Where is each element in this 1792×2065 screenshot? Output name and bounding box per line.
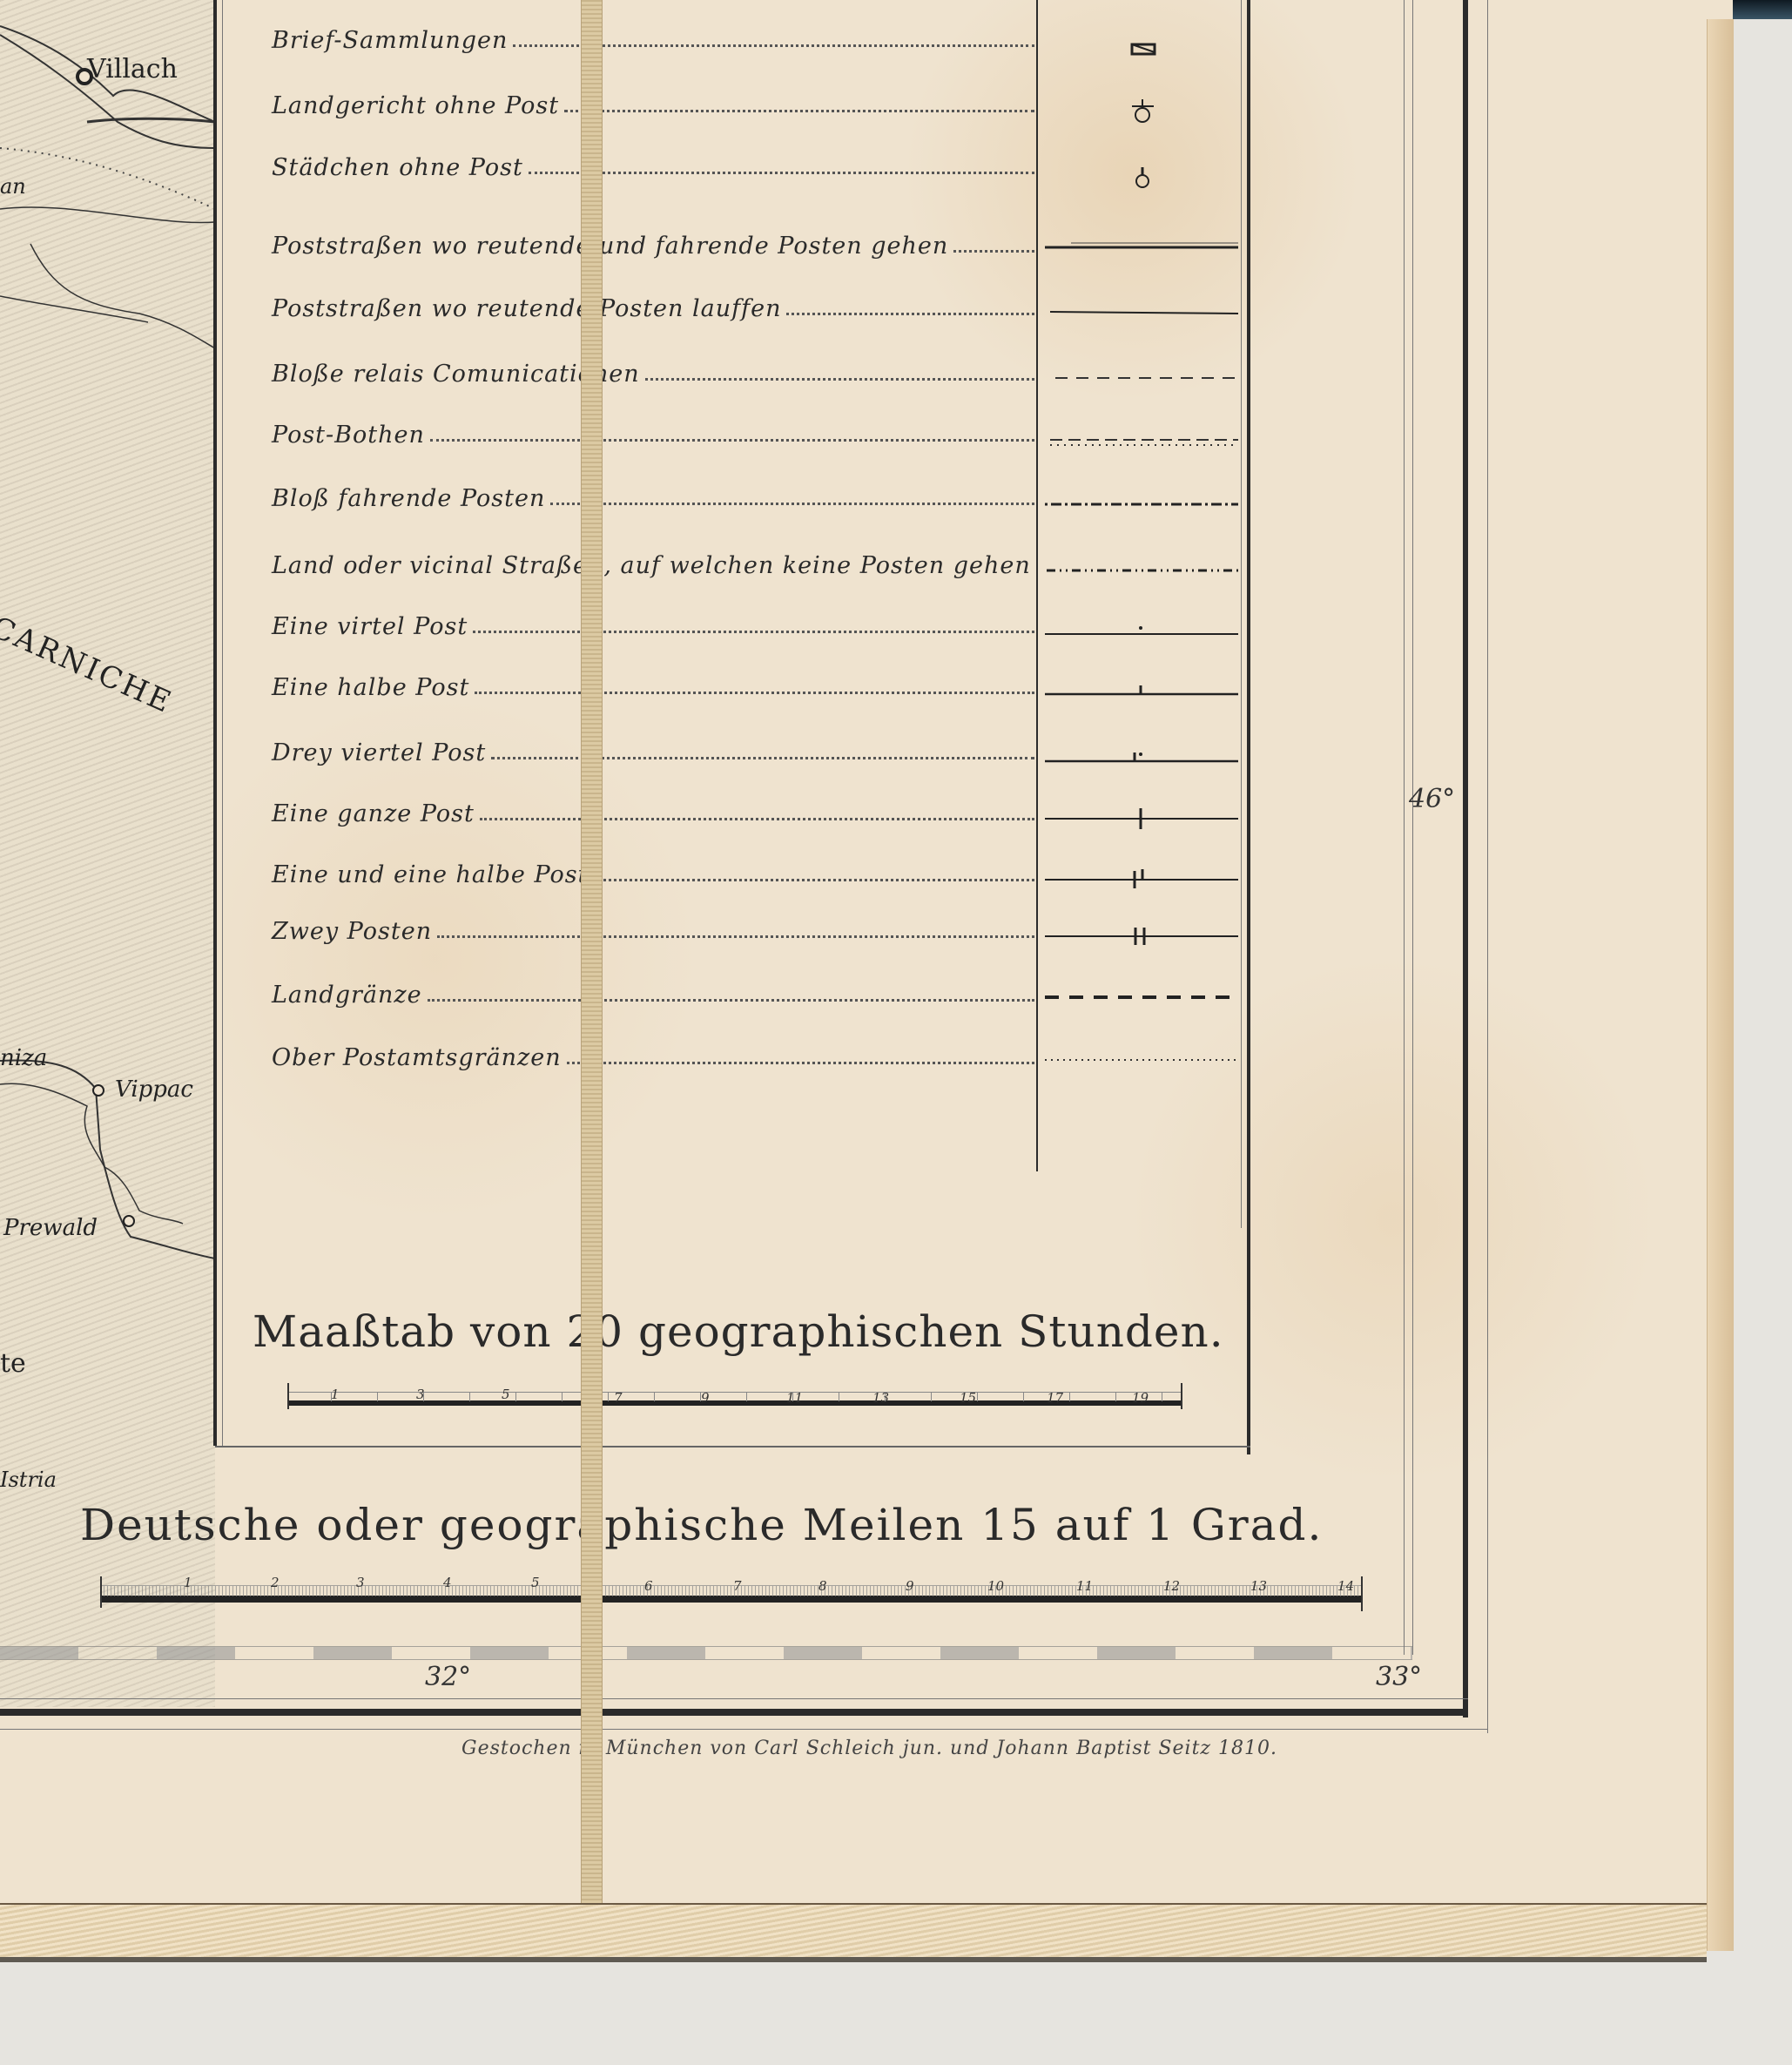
legend-row: Landgericht ohne Post: [272, 84, 1038, 119]
leader-dots: [428, 999, 1034, 1002]
map-border-thin: [222, 0, 223, 1446]
outer-frame-bottom: [0, 1729, 1487, 1730]
miles-tick: 1: [184, 1575, 192, 1590]
legend-label: Poststraßen wo reutende Posten lauffen: [272, 295, 781, 322]
legend-right-thin: [1241, 0, 1242, 1228]
place-niza: niza: [0, 1045, 47, 1071]
legend-row: Eine halbe Post: [272, 666, 1038, 701]
leader-dots: [430, 439, 1034, 442]
leader-dots: [953, 250, 1034, 253]
leader-dots: [567, 1062, 1034, 1064]
legend-label: Ober Postamtsgränzen: [272, 1044, 562, 1071]
place-te: te: [0, 1348, 26, 1379]
miles-tick: 6: [644, 1578, 653, 1594]
place-an: an: [0, 174, 26, 199]
terrain-hachures: [0, 0, 215, 1707]
degree-scale-line-2: [1412, 0, 1413, 1655]
miles-tick: 3: [356, 1575, 365, 1590]
hours-tick: 9: [701, 1390, 710, 1406]
dashed-line-icon: [1045, 359, 1238, 394]
one-and-half-post-icon: [1045, 860, 1238, 895]
legend-label: Drey viertel Post: [272, 739, 486, 766]
dash-dot-dot-line-icon: [1045, 553, 1238, 588]
degree-scale-line: [1404, 0, 1405, 1655]
hours-tick: 17: [1047, 1390, 1063, 1406]
legend-right-border: [1247, 0, 1250, 1454]
neatline-bottom: [0, 1709, 1468, 1716]
hours-tick: 13: [872, 1390, 889, 1406]
hours-tick: 5: [502, 1387, 510, 1402]
legend-row: Bloß fahrende Posten: [272, 477, 1038, 512]
hours-tick: 7: [614, 1390, 623, 1406]
longitude-label-33: 33°: [1376, 1662, 1422, 1692]
place-prewald: Prewald: [3, 1215, 98, 1241]
postal-district-border-icon: [1045, 1041, 1238, 1076]
sheet-folded-edge: [1707, 19, 1734, 1951]
letter-box-icon: [1045, 31, 1238, 66]
leader-dots: [480, 818, 1034, 820]
quarter-post-icon: [1045, 615, 1238, 650]
dash-dot-line-icon: [1045, 485, 1238, 520]
town-circle-icon: [1045, 159, 1238, 193]
legend-label: Eine halbe Post: [272, 674, 469, 701]
single-line-icon: [1045, 294, 1238, 329]
leader-dots: [550, 503, 1034, 505]
miles-tick: 9: [906, 1578, 914, 1594]
degree-scale-bottom: [0, 1646, 1412, 1660]
legend-label: Eine virtel Post: [272, 613, 468, 640]
leader-dots: [594, 879, 1034, 881]
miles-tick: 8: [819, 1578, 827, 1594]
court-circle-icon: [1045, 96, 1238, 131]
legend-row: Brief-Sammlungen: [272, 19, 1038, 54]
leader-dots: [529, 172, 1034, 174]
place-villach: Villach: [87, 54, 178, 84]
leader-dots: [475, 692, 1034, 694]
leader-dots: [473, 631, 1034, 633]
place-istria: Istria: [0, 1468, 57, 1492]
hours-tick: 11: [786, 1390, 803, 1406]
neatline-right: [1463, 0, 1468, 1717]
outer-frame-right: [1487, 0, 1488, 1733]
full-post-icon: [1045, 800, 1238, 834]
latitude-label-46: 46°: [1409, 784, 1455, 814]
miles-tick: 2: [271, 1575, 280, 1590]
two-posts-icon: [1045, 917, 1238, 952]
legend-row: Eine und eine halbe Post: [272, 854, 1038, 888]
legend-row: Bloße relais Comunicationen: [272, 353, 1038, 388]
hours-tick: 15: [960, 1390, 976, 1406]
legend-label: Brief-Sammlungen: [272, 27, 508, 54]
legend-box-bottom: [215, 1446, 1250, 1448]
hours-tick: 3: [416, 1387, 425, 1402]
miles-tick: 10: [987, 1578, 1004, 1594]
leader-dots: [786, 313, 1034, 315]
cloth-fold-seam: [581, 0, 603, 1955]
miles-tick: 14: [1337, 1578, 1354, 1594]
hours-scale-title: Maaßtab von 20 geographischen Stunden.: [253, 1306, 1224, 1357]
legend-row: Eine virtel Post: [272, 605, 1038, 640]
legend-row: Ober Postamtsgränzen: [272, 1036, 1038, 1071]
leader-dots: [491, 757, 1034, 759]
double-line-icon: [1045, 228, 1238, 263]
cloth-binding-edge: [0, 1903, 1707, 1962]
longitude-label-32: 32°: [425, 1662, 471, 1692]
legend-label: Bloß fahrende Posten: [272, 485, 545, 512]
legend-row: Zwey Posten: [272, 910, 1038, 945]
legend-row: Post-Bothen: [272, 414, 1038, 449]
legend-label: Eine ganze Post: [272, 800, 475, 827]
leader-dots: [564, 110, 1034, 112]
miles-tick: 5: [531, 1575, 540, 1590]
miles-tick: 13: [1250, 1578, 1267, 1594]
legend-label: Land oder vicinal Straßen, auf welchen k…: [272, 552, 1031, 579]
place-vippac: Vippac: [115, 1076, 193, 1103]
miles-tick: 4: [443, 1575, 452, 1590]
legend-label: Städchen ohne Post: [272, 154, 523, 181]
legend-row: Eine ganze Post: [272, 793, 1038, 827]
legend-label: Landgränze: [272, 982, 422, 1009]
three-quarter-post-icon: [1045, 742, 1238, 777]
legend-label: Eine und eine halbe Post: [272, 861, 589, 888]
legend-label: Zwey Posten: [272, 918, 432, 945]
miles-tick: 12: [1163, 1578, 1180, 1594]
miles-tick: 7: [733, 1578, 742, 1594]
legend-label: Poststraßen wo reutende und fahrende Pos…: [272, 233, 948, 260]
leader-dots: [645, 378, 1034, 381]
dash-over-dots-icon: [1045, 422, 1238, 457]
legend-row: Poststraßen wo reutende Posten lauffen: [272, 287, 1038, 322]
half-post-icon: [1045, 675, 1238, 710]
leader-dots: [437, 935, 1034, 938]
map-inner-border: [213, 0, 217, 1446]
country-border-icon: [1045, 980, 1238, 1015]
map-area: Villach Vippac Prewald niza te Istria an…: [0, 0, 215, 1707]
legend-row: Drey viertel Post: [272, 732, 1038, 766]
miles-scale-title: Deutsche oder geographische Meilen 15 au…: [80, 1500, 1323, 1550]
legend-label: Landgericht ohne Post: [272, 92, 559, 119]
hours-tick: 19: [1132, 1390, 1149, 1406]
neatline-bottom-thin: [0, 1698, 1468, 1699]
legend-row: Land oder vicinal Straßen, auf welchen k…: [272, 544, 1038, 579]
legend-row: Landgränze: [272, 974, 1038, 1009]
legend-label: Post-Bothen: [272, 422, 425, 449]
legend-row: Städchen ohne Post: [272, 146, 1038, 181]
hours-tick: 1: [331, 1387, 340, 1402]
legend-row: Poststraßen wo reutende und fahrende Pos…: [272, 225, 1038, 260]
miles-tick: 11: [1076, 1578, 1093, 1594]
